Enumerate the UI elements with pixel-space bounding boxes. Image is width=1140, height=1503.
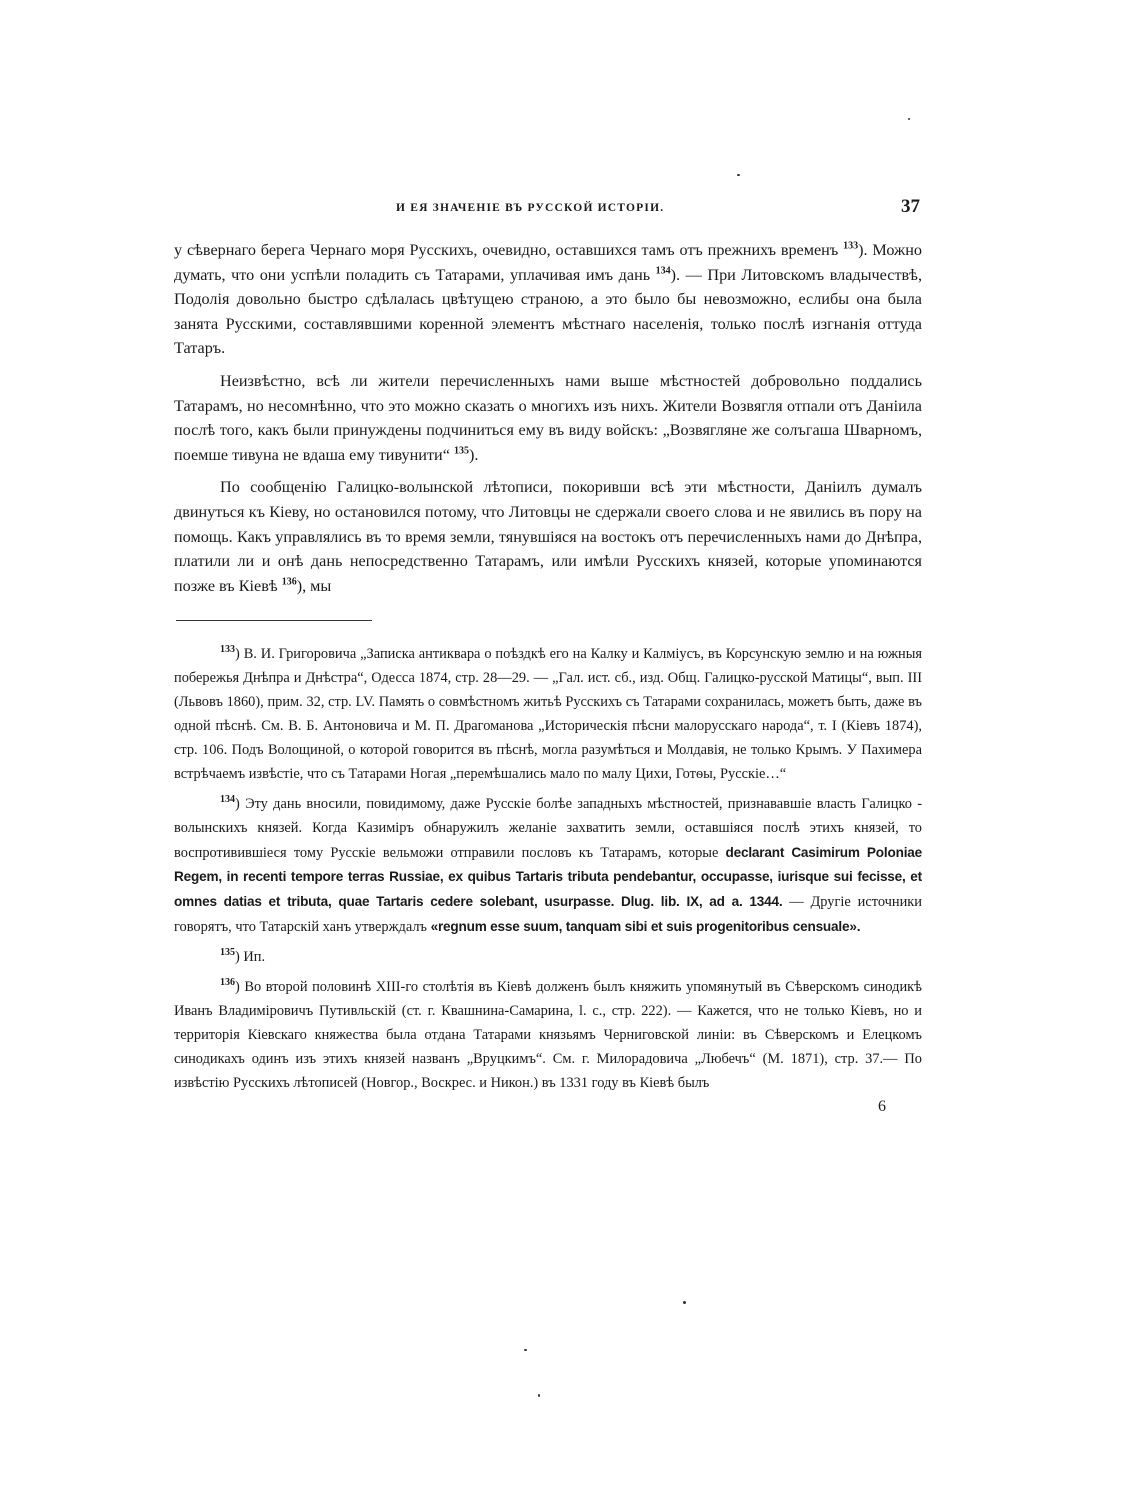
footnote-ref: 133: [843, 241, 858, 252]
scan-speck: [908, 118, 910, 120]
main-text: у сѣвернаго берега Чернаго моря Русскихъ…: [174, 238, 922, 598]
running-head: И ЕЯ ЗНАЧЕНІЕ ВЪ РУССКОЙ ИСТОРІИ. 37: [174, 196, 922, 220]
footnote-ref: 136: [282, 576, 297, 587]
paragraph-1: у сѣвернаго берега Чернаго моря Русскихъ…: [174, 238, 922, 361]
scan-speck: [737, 174, 740, 176]
scan-speck: [683, 1301, 686, 1304]
footnote-number: 133: [220, 645, 235, 656]
page-number: 37: [901, 196, 920, 218]
paragraph-3: По сообщенію Галицко-волынской лѣтописи,…: [174, 475, 922, 598]
latin-quote: «regnum esse suum, tanquam sibi et suis …: [431, 919, 861, 934]
footnote-135: 135) Ип.: [174, 946, 922, 970]
scan-speck: [538, 1394, 540, 1397]
scan-speck: [524, 1349, 527, 1351]
footnote-number: 134: [220, 794, 235, 805]
footnote-ref: 134: [656, 265, 671, 276]
footnote-133: 133) В. И. Григоровича „Записка антиквар…: [174, 643, 922, 786]
footnotes: 133) В. И. Григоровича „Записка антиквар…: [174, 643, 922, 1095]
footnote-136: 136) Во второй половинѣ XIII-го столѣтія…: [174, 976, 922, 1096]
footnote-separator: [176, 620, 372, 621]
signature-mark: 6: [174, 1098, 922, 1116]
paragraph-2: Неизвѣстно, всѣ ли жители перечисленныхъ…: [174, 369, 922, 467]
footnote-134: 134) Эту дань вносили, повидимому, даже …: [174, 793, 922, 940]
running-title: И ЕЯ ЗНАЧЕНІЕ ВЪ РУССКОЙ ИСТОРІИ.: [396, 202, 664, 214]
latin-quote: declarant Casimirum Poloniae Regem, in r…: [174, 845, 922, 910]
footnote-number: 136: [220, 977, 235, 988]
footnote-ref: 135: [454, 445, 469, 456]
footnote-number: 135: [220, 947, 235, 958]
book-page: И ЕЯ ЗНАЧЕНІЕ ВЪ РУССКОЙ ИСТОРІИ. 37 у с…: [174, 196, 922, 1116]
